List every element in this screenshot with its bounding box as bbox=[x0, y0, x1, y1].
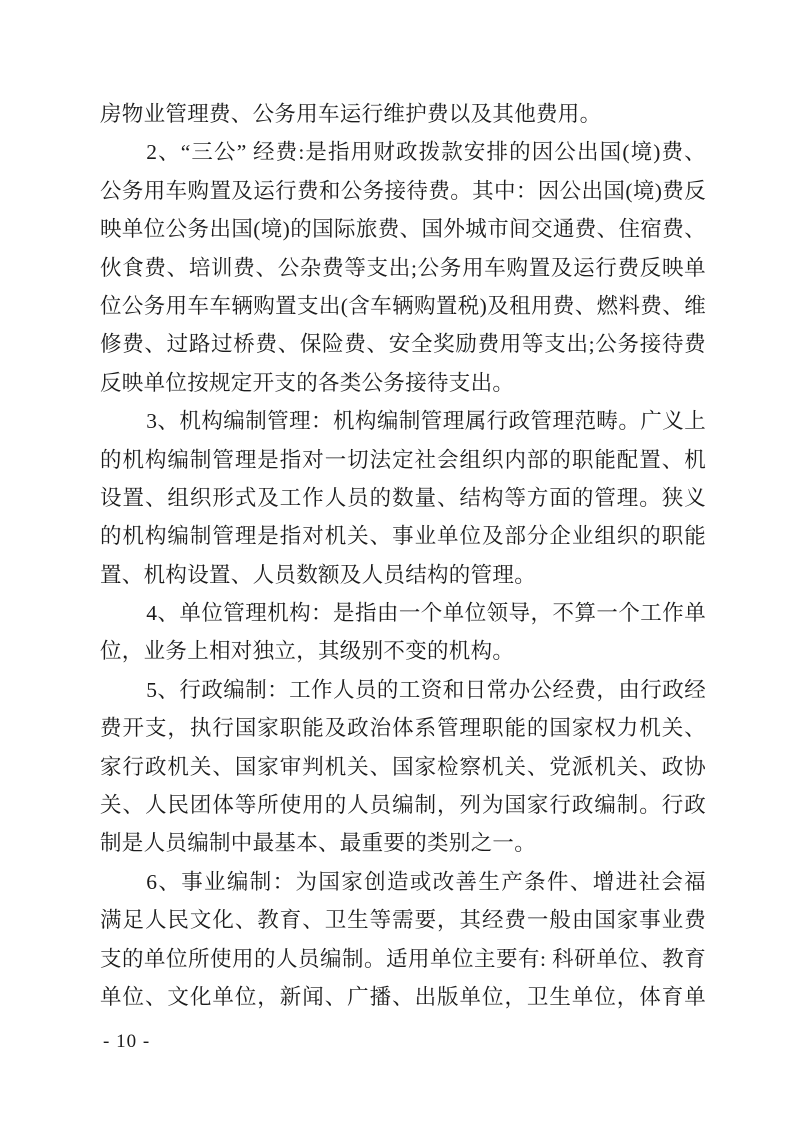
text-line: 位，业务上相对独立，其级别不变的机构。 bbox=[100, 632, 706, 670]
text-line: 伙食费、培训费、公杂费等支出;公务用车购置及运行费反映单 bbox=[100, 249, 706, 287]
text-line: 费开支，执行国家职能及政治体系管理职能的国家权力机关、国 bbox=[100, 709, 706, 747]
text-line: 支的单位所使用的人员编制。适用单位主要有: 科研单位、教育 bbox=[100, 940, 706, 978]
text-line: 制是人员编制中最基本、最重要的类别之一。 bbox=[100, 824, 706, 862]
text-line: 单位、文化单位，新闻、广播、出版单位，卫生单位，体育单位， bbox=[100, 978, 706, 1016]
text-line: 反映单位按规定开支的各类公务接待支出。 bbox=[100, 364, 706, 402]
document-page: 房物业管理费、公务用车运行维护费以及其他费用。2、“三公” 经费:是指用财政拨款… bbox=[0, 0, 793, 1122]
text-line: 家行政机关、国家审判机关、国家检察机关、党派机关、政协机 bbox=[100, 748, 706, 786]
text-line: 修费、过路过桥费、保险费、安全奖励费用等支出;公务接待费 bbox=[100, 325, 706, 363]
text-line: 置、机构设置、人员数额及人员结构的管理。 bbox=[100, 556, 706, 594]
body-text: 房物业管理费、公务用车运行维护费以及其他费用。2、“三公” 经费:是指用财政拨款… bbox=[100, 95, 706, 1016]
text-line: 4、单位管理机构：是指由一个单位领导，不算一个工作单 bbox=[100, 594, 706, 632]
text-line: 2、“三公” 经费:是指用财政拨款安排的因公出国(境)费、 bbox=[100, 133, 706, 171]
text-line: 房物业管理费、公务用车运行维护费以及其他费用。 bbox=[100, 95, 706, 133]
text-line: 设置、组织形式及工作人员的数量、结构等方面的管理。狭义上 bbox=[100, 479, 706, 517]
text-line: 映单位公务出国(境)的国际旅费、国外城市间交通费、住宿费、 bbox=[100, 210, 706, 248]
text-line: 5、行政编制：工作人员的工资和日常办公经费，由行政经 bbox=[100, 671, 706, 709]
text-line: 的机构编制管理是指对一切法定社会组织内部的职能配置、机构 bbox=[100, 441, 706, 479]
text-line: 满足人民文化、教育、卫生等需要，其经费一般由国家事业费开 bbox=[100, 901, 706, 939]
text-line: 3、机构编制管理：机构编制管理属行政管理范畴。广义上 bbox=[100, 402, 706, 440]
text-line: 6、事业编制：为国家创造或改善生产条件、增进社会福利， bbox=[100, 863, 706, 901]
text-line: 的机构编制管理是指对机关、事业单位及部分企业组织的职能配 bbox=[100, 517, 706, 555]
text-line: 关、人民团体等所使用的人员编制，列为国家行政编制。行政编 bbox=[100, 786, 706, 824]
text-line: 位公务用车车辆购置支出(含车辆购置税)及租用费、燃料费、维 bbox=[100, 287, 706, 325]
page-number: - 10 - bbox=[103, 1030, 150, 1054]
text-line: 公务用车购置及运行费和公务接待费。其中：因公出国(境)费反 bbox=[100, 172, 706, 210]
